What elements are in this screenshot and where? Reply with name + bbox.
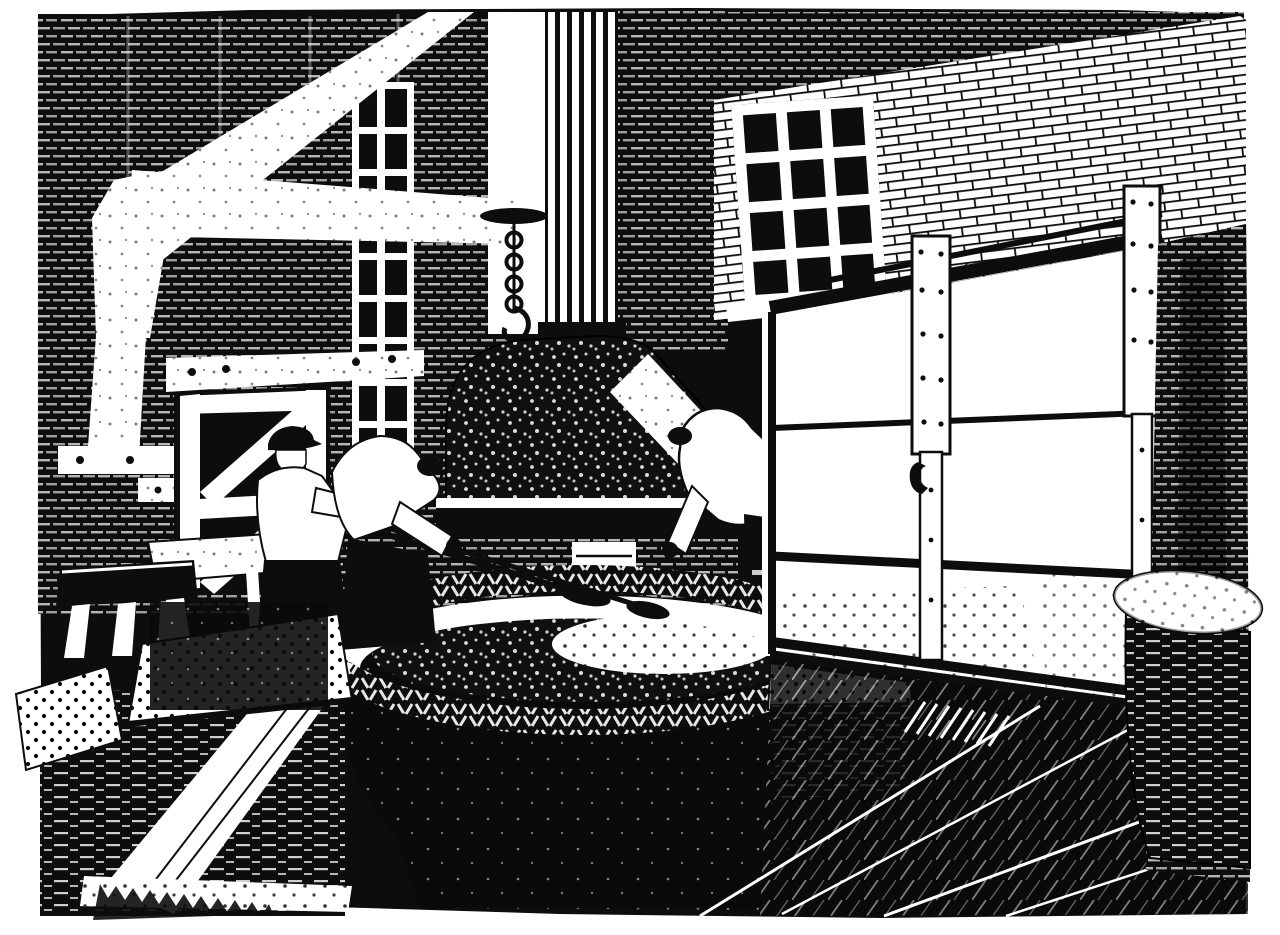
slag-heap [150,602,328,710]
pulley-wheel [480,208,548,224]
worker-center-head [417,456,443,476]
hoist-bay [488,12,545,334]
tall-window-left [346,82,420,467]
worker-right-cap [668,427,692,445]
worker-center-trousers [340,538,436,650]
engraving-figure: Halftone engraving of a foundry interior… [0,0,1280,935]
fluted-column [538,12,626,346]
engraving-canvas: Halftone engraving of a foundry interior… [0,0,1280,935]
